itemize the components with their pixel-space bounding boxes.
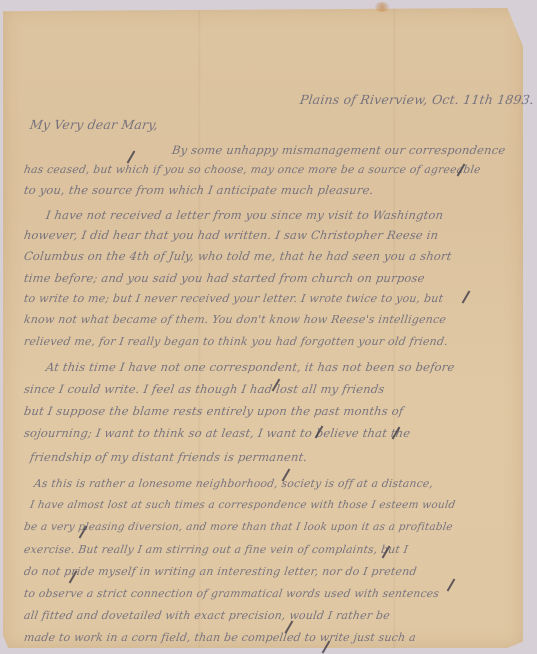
letter-line: do not pride myself in writing an intere… [23, 565, 418, 578]
salutation: My Very dear Mary, [29, 117, 159, 132]
letter-line: but I suppose the blame rests entirely u… [23, 404, 404, 418]
letter-line: time before; and you said you had starte… [23, 271, 426, 285]
letter-line: to observe a strict connection of gramma… [23, 587, 440, 600]
letter-line: sojourning; I want to think so at least,… [23, 426, 411, 440]
letter-line: At this time I have not one corresponden… [45, 360, 456, 374]
letter-line: has ceased, but which if you so choose, … [23, 163, 482, 176]
letter-line: to write to me; but I never received you… [23, 292, 444, 305]
letter-line: By some unhappy mismanagement our corres… [171, 143, 506, 157]
letter-line: exercise. But really I am stirring out a… [23, 543, 409, 556]
letter-line: As this is rather a lonesome neighborhoo… [33, 477, 434, 490]
paper-stain [375, 2, 389, 12]
dateline: Plains of Riverview, Oct. 11th 1893. [299, 92, 535, 107]
scanned-page: Plains of Riverview, Oct. 11th 1893. My … [0, 0, 537, 654]
letter-line: relieved me, for I really began to think… [23, 335, 449, 348]
letter-line: however, I did hear that you had written… [23, 228, 439, 242]
letter-line: made to work in a corn field, than be co… [23, 631, 417, 644]
letter-line: Columbus on the 4th of July, who told me… [23, 249, 453, 263]
letter-line: all fitted and dovetailed with exact pre… [23, 609, 391, 622]
letter-line: friendship of my distant friends is perm… [29, 450, 308, 464]
letter-line: be a very pleasing diversion, and more t… [23, 521, 453, 533]
letter-line: I have not received a letter from you si… [45, 208, 444, 222]
letter-line: to you, the source from which I anticipa… [23, 183, 374, 197]
letter-line: since I could write. I feel as though I … [23, 382, 386, 396]
letter-line: know not what became of them. You don't … [23, 313, 447, 326]
letter-line: I have almost lost at such times a corre… [29, 499, 456, 511]
